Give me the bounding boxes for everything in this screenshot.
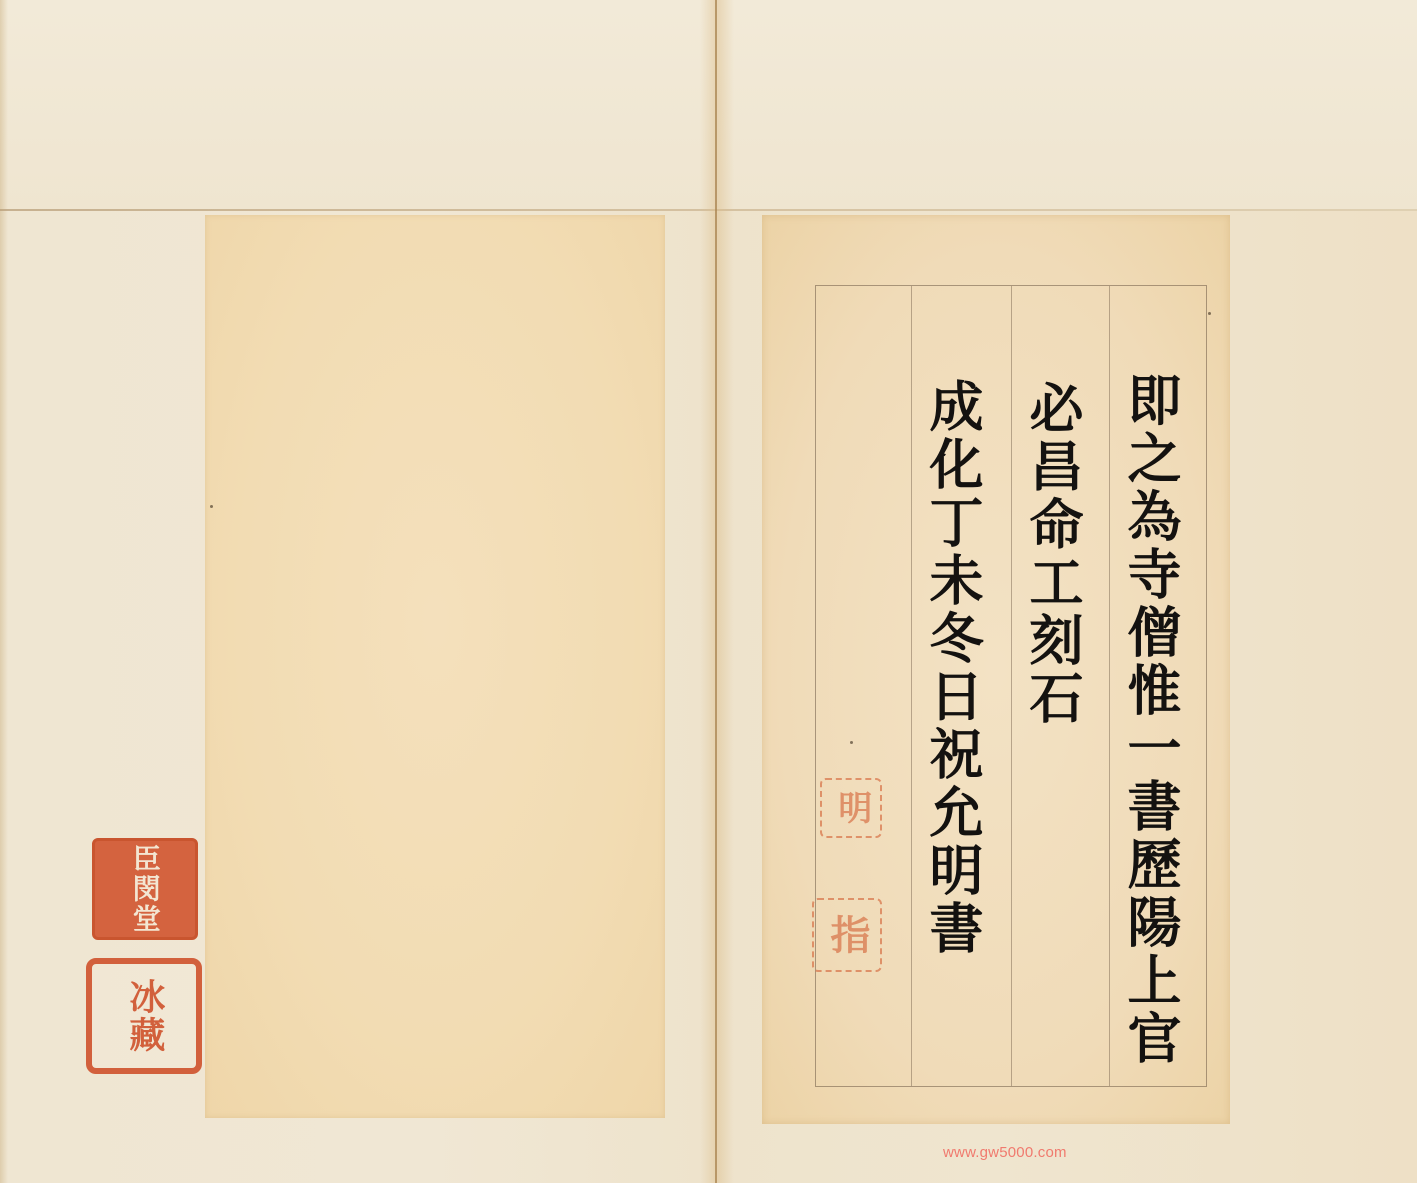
text-column-3: 成化丁未冬日祝允明書 [926,378,980,958]
grid-line [911,286,912,1086]
ink-speck [1208,312,1211,315]
watermark: www.gw5000.com [943,1144,1067,1161]
seal-left-bottom: 冰藏 [86,958,202,1074]
seal-right-bottom-text: 指 [826,914,868,956]
grid-line [1109,286,1110,1086]
ink-speck [210,505,213,508]
seal-left-bottom-text: 冰藏 [125,978,163,1054]
center-fold-shade [700,0,734,1183]
text-column-2: 必昌命工刻石 [1026,380,1080,728]
seal-left-top: 臣閔堂 [92,838,198,940]
seal-right-bottom: 指 [812,898,882,972]
center-fold-line [715,0,717,1183]
text-column-1: 即之為寺僧惟一書歷陽上官 [1124,372,1178,1068]
left-blank-panel [205,215,665,1118]
grid-line [1011,286,1012,1086]
seal-right-top-text: 明 [833,790,869,826]
ink-speck [850,741,853,744]
left-edge-shade [0,0,8,1183]
seal-left-top-text: 臣閔堂 [130,844,159,934]
seal-right-top: 明 [820,778,882,838]
